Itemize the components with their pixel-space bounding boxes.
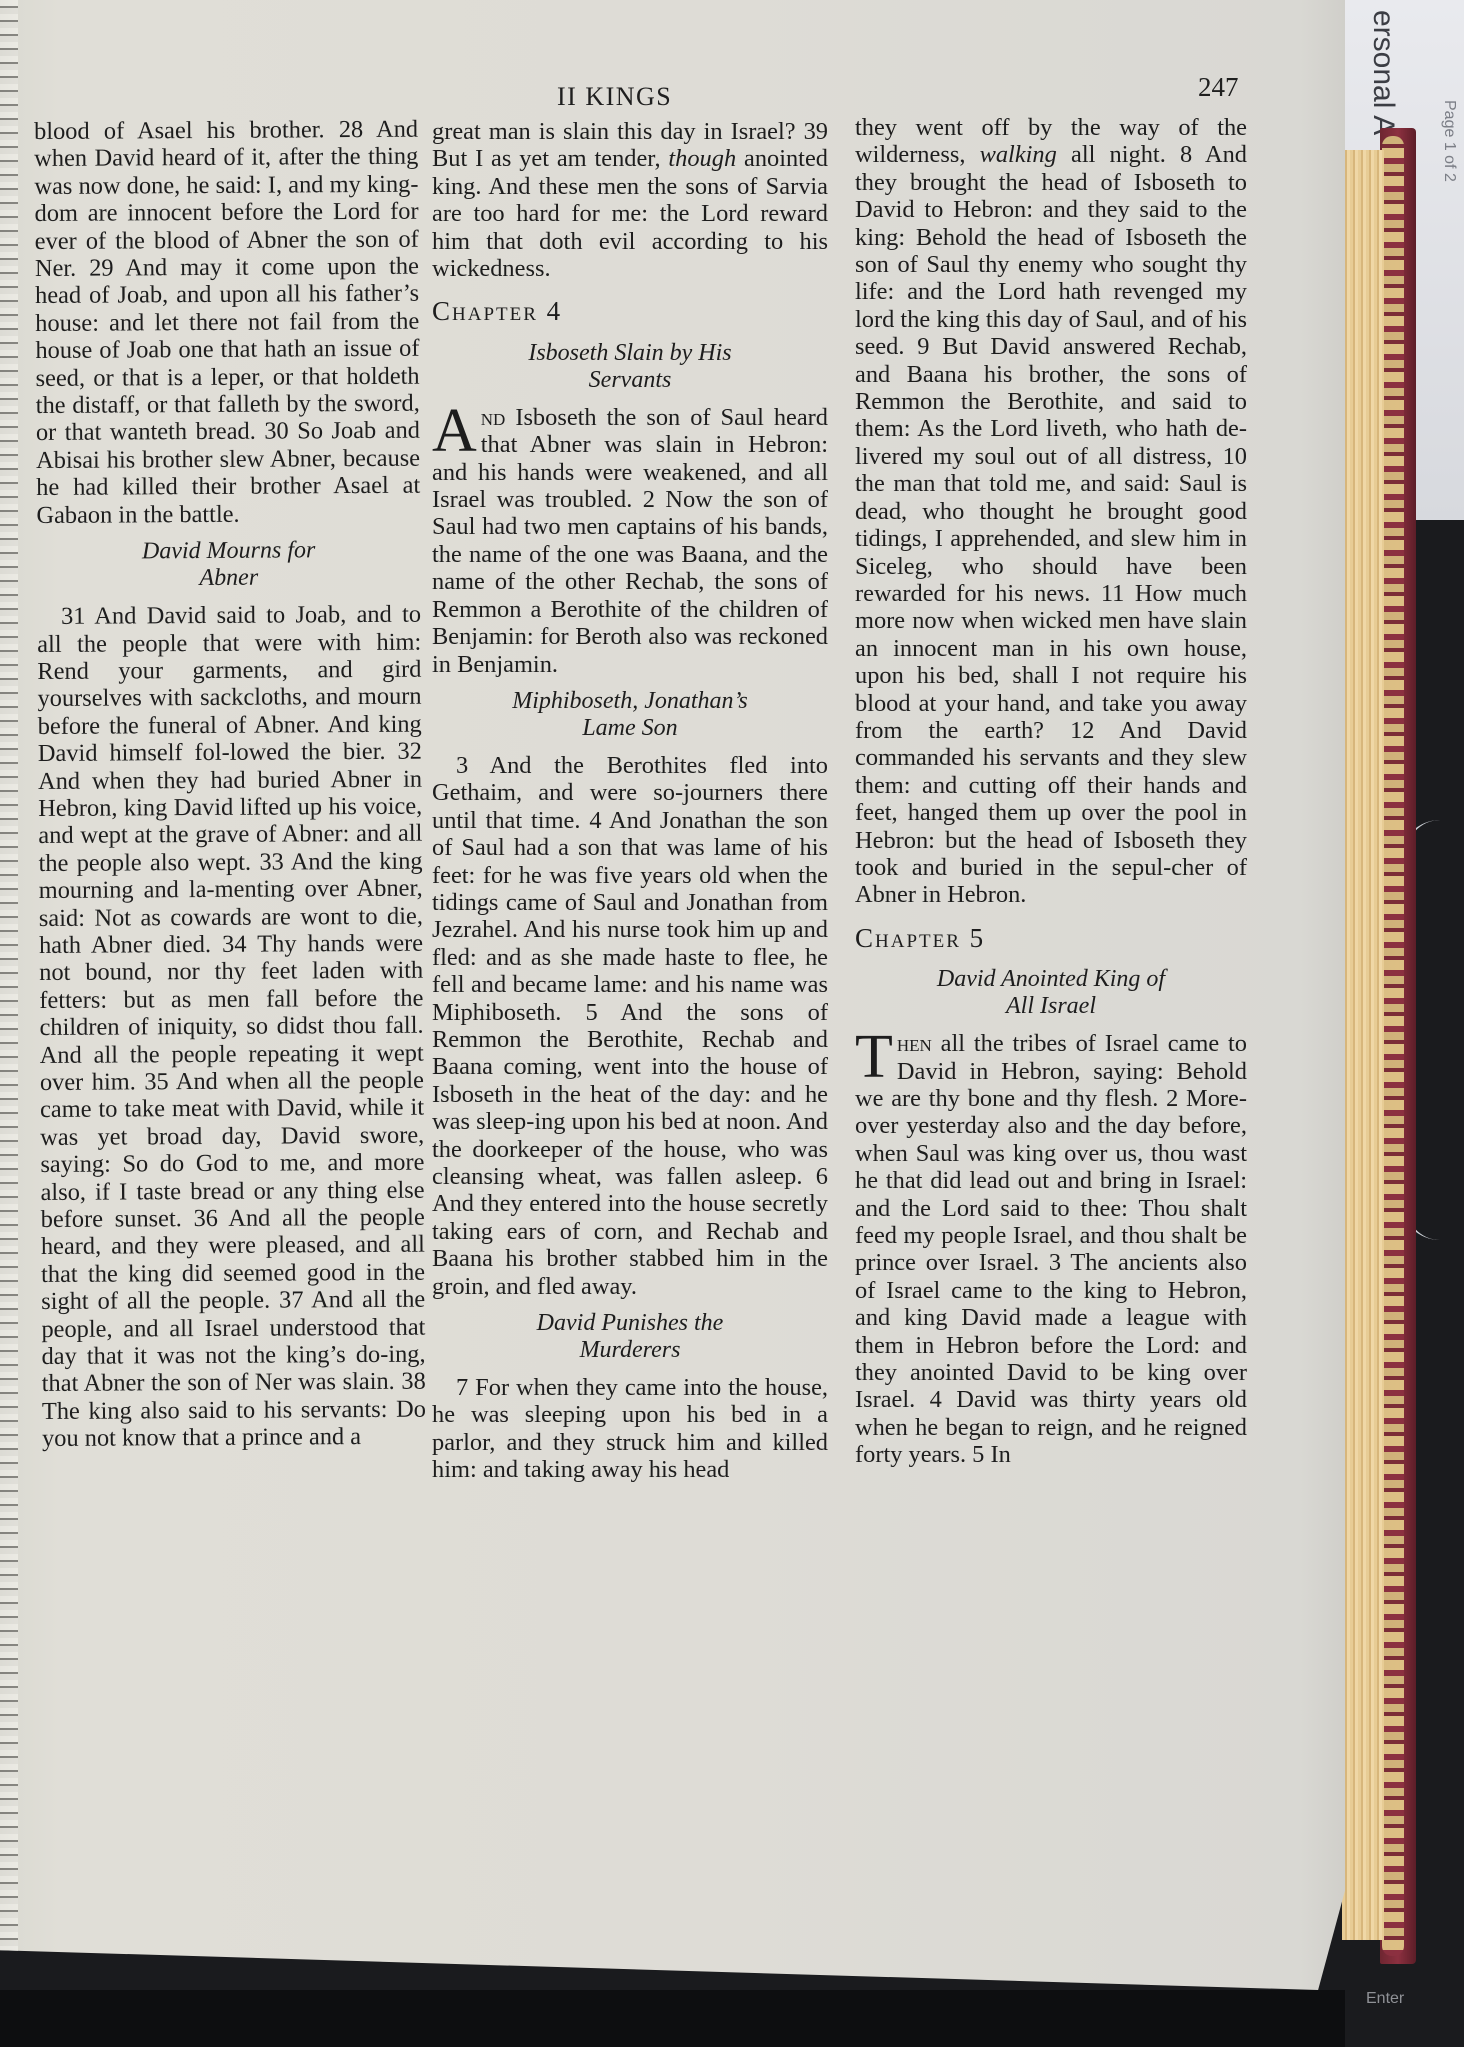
running-head: II KINGS	[557, 82, 672, 112]
middle-column: great man is slain this day in Israel? 3…	[432, 118, 828, 1484]
italic-word: though	[668, 145, 736, 172]
section-heading-line: Servants	[432, 367, 828, 394]
section-heading-line: All Israel	[855, 993, 1247, 1020]
italic-word: walking	[980, 141, 1057, 168]
facing-page-sliver	[0, 0, 18, 1960]
verse-paragraph: Then all the tribes of Israel came to Da…	[855, 1030, 1247, 1469]
verse-paragraph: great man is slain this day in Israel? 3…	[432, 118, 828, 282]
verse-paragraph: 3 And the Berothites fled into Gethaim, …	[432, 752, 828, 1300]
gilt-ornament-border	[1382, 136, 1404, 1956]
section-heading: David Mourns for Abner	[37, 537, 421, 593]
section-heading-line: Miphiboseth, Jonathan’s	[432, 688, 828, 715]
verse-paragraph: 7 For when they came into the house, he …	[432, 1374, 828, 1484]
verse-paragraph: they went off by the way of the wilderne…	[855, 114, 1247, 909]
section-heading: Miphiboseth, Jonathan’s Lame Son	[432, 688, 828, 742]
section-heading-line: David Mourns for	[37, 537, 421, 566]
chapter-heading: Chapter 4	[432, 298, 828, 325]
section-heading-line: David Punishes the	[432, 1310, 828, 1337]
section-heading-line: Isboseth Slain by His	[432, 340, 828, 367]
section-heading: David Anointed King of All Israel	[855, 966, 1247, 1020]
drop-cap: A	[432, 406, 477, 456]
chapter-heading: Chapter 5	[855, 925, 1247, 952]
page-block-edge	[1342, 150, 1384, 1940]
verse-text: all night. 8 And they brought the head o…	[855, 141, 1247, 908]
small-caps-lead: nd	[481, 404, 506, 431]
background-paper-page-label: Page 1 of 2	[1440, 100, 1458, 182]
section-heading: David Punishes the Murderers	[432, 1310, 828, 1364]
verse-paragraph: And Isboseth the son of Saul heard that …	[432, 404, 828, 678]
section-heading-line: Abner	[37, 564, 421, 593]
small-caps-lead: hen	[897, 1030, 932, 1057]
section-heading: Isboseth Slain by His Servants	[432, 340, 828, 394]
page-number: 247	[1198, 72, 1239, 103]
drop-cap: T	[855, 1032, 893, 1082]
left-column: blood of Asael his brother. 28 And when …	[34, 116, 426, 1453]
desk-surface	[0, 1990, 1345, 2047]
keyboard-enter-key: Enter	[1366, 1990, 1404, 2008]
verse-paragraph: 31 And David said to Joab, and to all th…	[37, 601, 426, 1453]
section-heading-line: Lame Son	[432, 715, 828, 742]
verse-text: Isboseth the son of Saul heard that Abne…	[432, 404, 828, 678]
section-heading-line: David Anointed King of	[855, 966, 1247, 993]
book-page: II KINGS 247 blood of Asael his brother.…	[0, 0, 1345, 1990]
verse-paragraph: blood of Asael his brother. 28 And when …	[34, 116, 421, 529]
right-column: they went off by the way of the wilderne…	[855, 114, 1247, 1469]
verse-text: all the tribes of Israel came to David i…	[855, 1030, 1247, 1468]
section-heading-line: Murderers	[432, 1337, 828, 1364]
background-paper-title: ersonal A	[1366, 10, 1400, 135]
